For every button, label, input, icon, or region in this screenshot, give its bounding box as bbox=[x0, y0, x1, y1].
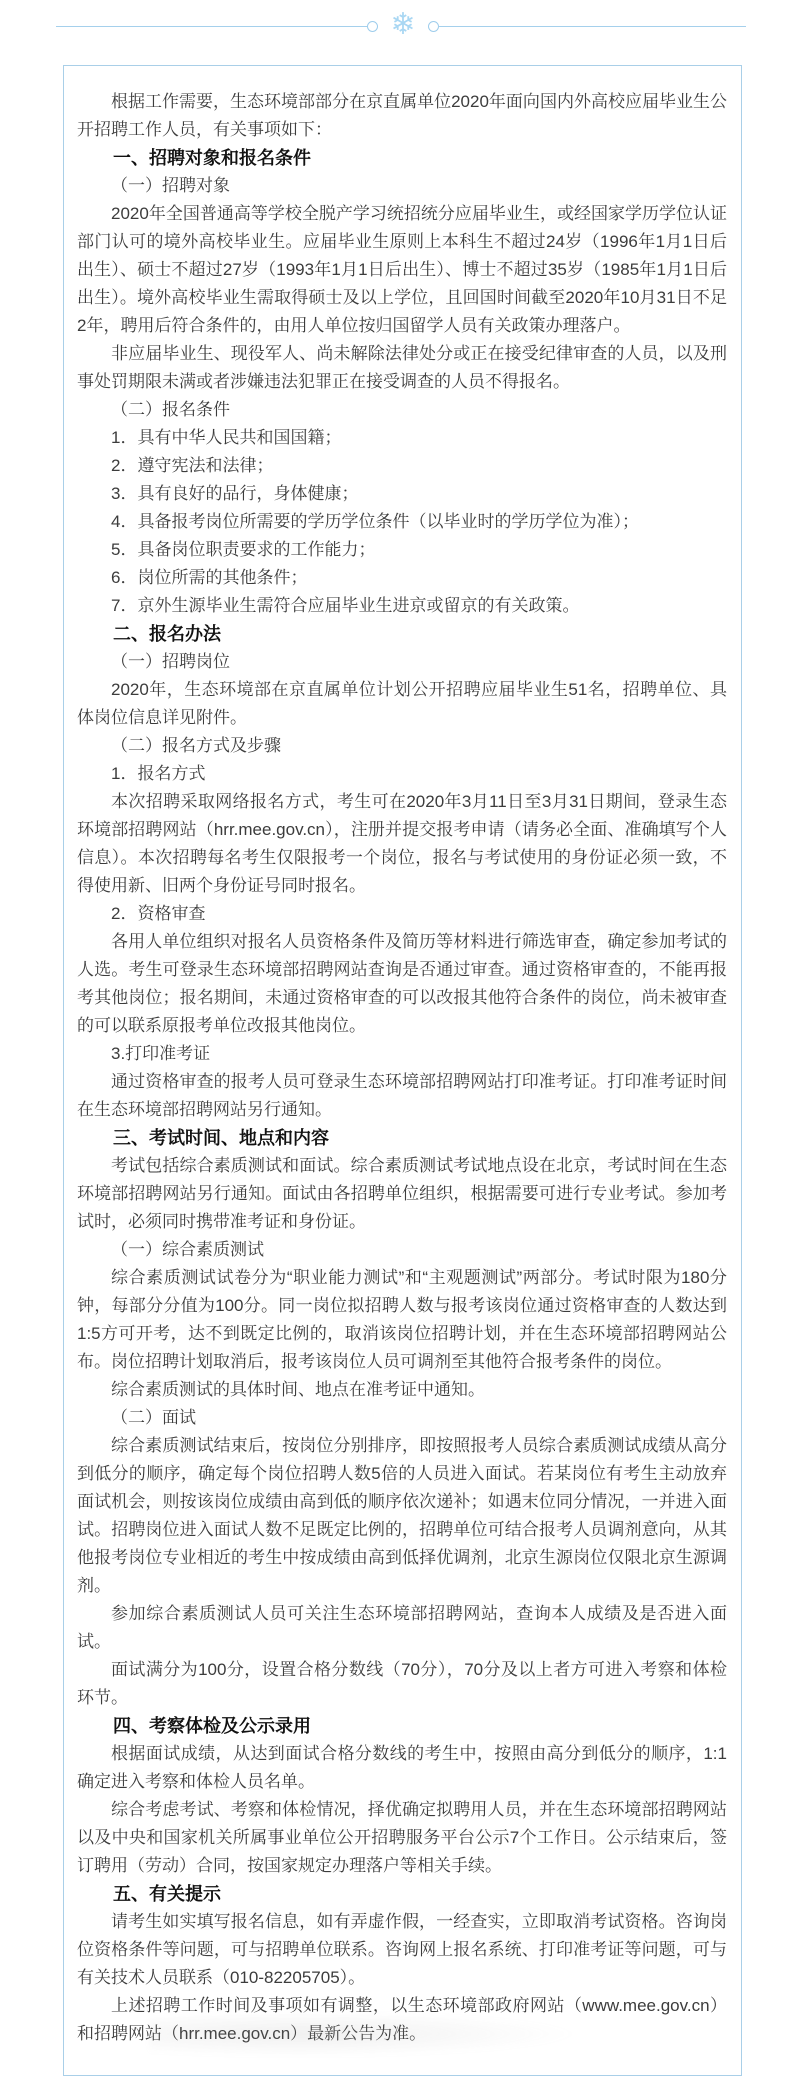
sub-heading: （一）招聘岗位 bbox=[77, 648, 727, 676]
divider-line-left bbox=[56, 26, 368, 27]
article-paragraph: 1．报名方式 bbox=[77, 760, 727, 788]
article-paragraph: 2．遵守宪法和法律； bbox=[77, 452, 727, 480]
sub-heading: （一）综合素质测试 bbox=[77, 1236, 727, 1264]
article-paragraph: 5．具备岗位职责要求的工作能力； bbox=[77, 536, 727, 564]
sub-heading: （二）报名条件 bbox=[77, 396, 727, 424]
article-paragraph: 3.打印准考证 bbox=[77, 1040, 727, 1068]
article-paragraph: 本次招聘采取网络报名方式，考生可在2020年3月11日至3月31日期间，登录生态… bbox=[77, 788, 727, 900]
sub-heading: （一）招聘对象 bbox=[77, 172, 727, 200]
snowflake-icon: ❄ bbox=[390, 10, 415, 40]
section-heading: 五、有关提示 bbox=[77, 1880, 727, 1908]
section-heading: 二、报名办法 bbox=[77, 620, 727, 648]
article-paragraph: 考试包括综合素质测试和面试。综合素质测试考试地点设在北京，考试时间在生态环境部招… bbox=[77, 1152, 727, 1236]
article-paragraph: 4．具备报考岗位所需要的学历学位条件（以毕业时的学历学位为准）； bbox=[77, 508, 727, 536]
section-heading: 一、招聘对象和报名条件 bbox=[77, 144, 727, 172]
article-paragraph: 2020年，生态环境部在京直属单位计划公开招聘应届毕业生51名，招聘单位、具体岗… bbox=[77, 676, 727, 732]
article-paragraph: 7．京外生源毕业生需符合应届毕业生进京或留京的有关政策。 bbox=[77, 592, 727, 620]
article-paragraph: 参加综合素质测试人员可关注生态环境部招聘网站，查询本人成绩及是否进入面试。 bbox=[77, 1600, 727, 1656]
article-paragraph: 综合素质测试结束后，按岗位分别排序，即按照报考人员综合素质测试成绩从高分到低分的… bbox=[77, 1432, 727, 1600]
article-paragraph: 各用人单位组织对报名人员资格条件及简历等材料进行筛选审查，确定参加考试的人选。考… bbox=[77, 928, 727, 1040]
sub-heading: （二）报名方式及步骤 bbox=[77, 732, 727, 760]
article-paragraph: 上述招聘工作时间及事项如有调整，以生态环境部政府网站（www.mee.gov.c… bbox=[77, 1992, 727, 2048]
article-paragraph: 综合素质测试的具体时间、地点在准考证中通知。 bbox=[77, 1376, 727, 1404]
article-paragraph: 综合考虑考试、考察和体检情况，择优确定拟聘用人员，并在生态环境部招聘网站以及中央… bbox=[77, 1796, 727, 1880]
divider-line-right bbox=[438, 26, 746, 27]
article-paragraph: 3．具有良好的品行，身体健康； bbox=[77, 480, 727, 508]
article-paragraph: 面试满分为100分，设置合格分数线（70分），70分及以上者方可进入考察和体检环… bbox=[77, 1656, 727, 1712]
article-paragraph: 1．具有中华人民共和国国籍； bbox=[77, 424, 727, 452]
article-paragraph: 通过资格审查的报考人员可登录生态环境部招聘网站打印准考证。打印准考证时间在生态环… bbox=[77, 1068, 727, 1124]
announcement-card: 根据工作需要，生态环境部部分在京直属单位2020年面向国内外高校应届毕业生公开招… bbox=[63, 65, 742, 2076]
section-heading: 四、考察体检及公示录用 bbox=[77, 1712, 727, 1740]
article-paragraph: 根据工作需要，生态环境部部分在京直属单位2020年面向国内外高校应届毕业生公开招… bbox=[77, 88, 727, 144]
article-paragraph: 2．资格审查 bbox=[77, 900, 727, 928]
header-divider: ❄ bbox=[0, 8, 800, 44]
article-paragraph: 请考生如实填写报名信息，如有弄虚作假，一经查实，立即取消考试资格。咨询岗位资格条… bbox=[77, 1908, 727, 1992]
circle-ornament-left bbox=[367, 21, 378, 32]
section-heading: 三、考试时间、地点和内容 bbox=[77, 1124, 727, 1152]
article-paragraph: 根据面试成绩，从达到面试合格分数线的考生中，按照由高分到低分的顺序，1:1确定进… bbox=[77, 1740, 727, 1796]
article-paragraph: 2020年全国普通高等学校全脱产学习统招统分应届毕业生，或经国家学历学位认证部门… bbox=[77, 200, 727, 340]
article-paragraph: 6．岗位所需的其他条件； bbox=[77, 564, 727, 592]
article-body: 根据工作需要，生态环境部部分在京直属单位2020年面向国内外高校应届毕业生公开招… bbox=[77, 88, 727, 2048]
sub-heading: （二）面试 bbox=[77, 1404, 727, 1432]
article-paragraph: 综合素质测试试卷分为“职业能力测试”和“主观题测试”两部分。考试时限为180分钟… bbox=[77, 1264, 727, 1376]
article-paragraph: 非应届毕业生、现役军人、尚未解除法律处分或正在接受纪律审查的人员，以及刑事处罚期… bbox=[77, 340, 727, 396]
